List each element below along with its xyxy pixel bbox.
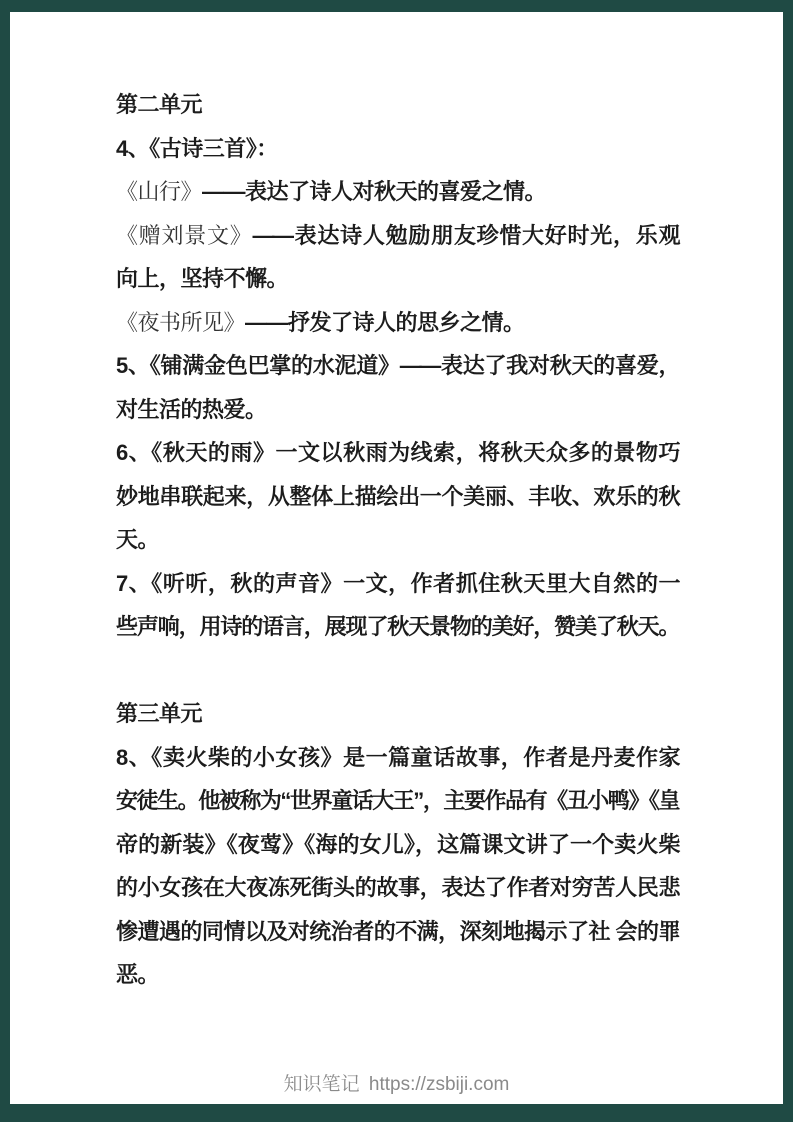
note-item: 7、《听听，秋的声音》一文，作者抓住秋天里大自然的一些声响，用诗的语言，展现了秋…	[116, 562, 678, 649]
text-run: 对生活的热爱。	[116, 397, 267, 422]
note-item: 4、《古诗三首》：	[116, 127, 678, 171]
book-title: 《夜书所见》	[116, 310, 245, 335]
section-heading: 第二单元	[116, 83, 678, 127]
text-line: 惨遭遇的同情以及对统治者的不满，深刻地揭示了社 会的罪	[116, 910, 678, 954]
text-run: ——抒发了诗人的思乡之情。	[245, 310, 525, 335]
text-run: ——表达诗人勉励朋友珍惜大好时光，乐观	[252, 223, 678, 248]
text-line: 恶。	[116, 953, 678, 997]
text-line: 对生活的热爱。	[116, 388, 678, 432]
text-line: 6、《秋天的雨》一文以秋雨为线索，将秋天众多的景物巧	[116, 431, 678, 475]
section-heading: 第三单元	[116, 692, 678, 736]
text-run: 6、《秋天的雨》一文以秋雨为线索，将秋天众多的景物巧	[116, 440, 678, 465]
text-run: 向上，坚持不懈。	[116, 266, 288, 291]
note-item: 6、《秋天的雨》一文以秋雨为线索，将秋天众多的景物巧妙地串联起来，从整体上描绘出…	[116, 431, 678, 562]
footer-site-name: 知识笔记	[282, 1074, 362, 1095]
text-line: 的小女孩在大夜冻死街头的故事，表达了作者对穷苦人民悲	[116, 866, 678, 910]
text-run: 第二单元	[116, 92, 202, 117]
text-line: 《山行》——表达了诗人对秋天的喜爱之情。	[116, 170, 678, 214]
text-run: 些声响，用诗的语言，展现了秋天景物的美好，赞美了秋天。	[116, 614, 678, 639]
text-line: 8、《卖火柴的小女孩》是一篇童话故事，作者是丹麦作家	[116, 736, 678, 780]
book-title: 《赠刘景文》	[116, 223, 252, 248]
text-line: 5、《铺满金色巴掌的水泥道》——表达了我对秋天的喜爱，	[116, 344, 678, 388]
footer-url[interactable]: https://zsbiji.com	[367, 1074, 511, 1095]
text-run: 帝的新装》《夜莺》《海的女儿》，这篇课文讲了一个卖火柴	[116, 832, 678, 857]
text-run: 惨遭遇的同情以及对统治者的不满，深刻地揭示了社 会的罪	[116, 919, 678, 944]
text-line: 4、《古诗三首》：	[116, 127, 678, 171]
footer-credit: 知识笔记 https://zsbiji.com	[0, 1072, 793, 1098]
text-run: 妙地串联起来，从整体上描绘出一个美丽、丰收、欢乐的秋	[116, 484, 678, 509]
book-title: 《山行》	[116, 179, 202, 204]
document-content: 第二单元4、《古诗三首》：《山行》——表达了诗人对秋天的喜爱之情。《赠刘景文》—…	[116, 83, 678, 997]
note-item: 5、《铺满金色巴掌的水泥道》——表达了我对秋天的喜爱，对生活的热爱。	[116, 344, 678, 431]
text-line: 《夜书所见》——抒发了诗人的思乡之情。	[116, 301, 678, 345]
text-run: 天。	[116, 527, 159, 552]
note-item: 8、《卖火柴的小女孩》是一篇童话故事，作者是丹麦作家安徒生。他被称为“世界童话大…	[116, 736, 678, 997]
text-line: 天。	[116, 518, 678, 562]
note-item: 《夜书所见》——抒发了诗人的思乡之情。	[116, 301, 678, 345]
text-run: 8、《卖火柴的小女孩》是一篇童话故事，作者是丹麦作家	[116, 745, 678, 770]
text-run: 4、《古诗三首》：	[116, 136, 278, 161]
text-line: 第三单元	[116, 692, 678, 736]
text-run: 7、《听听，秋的声音》一文，作者抓住秋天里大自然的一	[116, 571, 678, 596]
text-run: 安徒生。他被称为“世界童话大王”，主要作品有《丑小鸭》《皇	[116, 788, 678, 813]
text-run: 的小女孩在大夜冻死街头的故事，表达了作者对穷苦人民悲	[116, 875, 678, 900]
document-screenshot: { "page": { "background_color": "#ffffff…	[0, 0, 793, 1122]
text-run: 第三单元	[116, 701, 202, 726]
text-line: 安徒生。他被称为“世界童话大王”，主要作品有《丑小鸭》《皇	[116, 779, 678, 823]
text-line: 些声响，用诗的语言，展现了秋天景物的美好，赞美了秋天。	[116, 605, 678, 649]
note-item: 《山行》——表达了诗人对秋天的喜爱之情。	[116, 170, 678, 214]
text-run: 恶。	[116, 962, 159, 987]
text-run: ——表达了诗人对秋天的喜爱之情。	[202, 179, 546, 204]
text-line: 7、《听听，秋的声音》一文，作者抓住秋天里大自然的一	[116, 562, 678, 606]
text-line: 《赠刘景文》——表达诗人勉励朋友珍惜大好时光，乐观	[116, 214, 678, 258]
text-line: 帝的新装》《夜莺》《海的女儿》，这篇课文讲了一个卖火柴	[116, 823, 678, 867]
note-item: 《赠刘景文》——表达诗人勉励朋友珍惜大好时光，乐观向上，坚持不懈。	[116, 214, 678, 301]
text-line: 第二单元	[116, 83, 678, 127]
text-run: 5、《铺满金色巴掌的水泥道》——表达了我对秋天的喜爱，	[116, 353, 678, 378]
text-line: 妙地串联起来，从整体上描绘出一个美丽、丰收、欢乐的秋	[116, 475, 678, 519]
text-line: 向上，坚持不懈。	[116, 257, 678, 301]
